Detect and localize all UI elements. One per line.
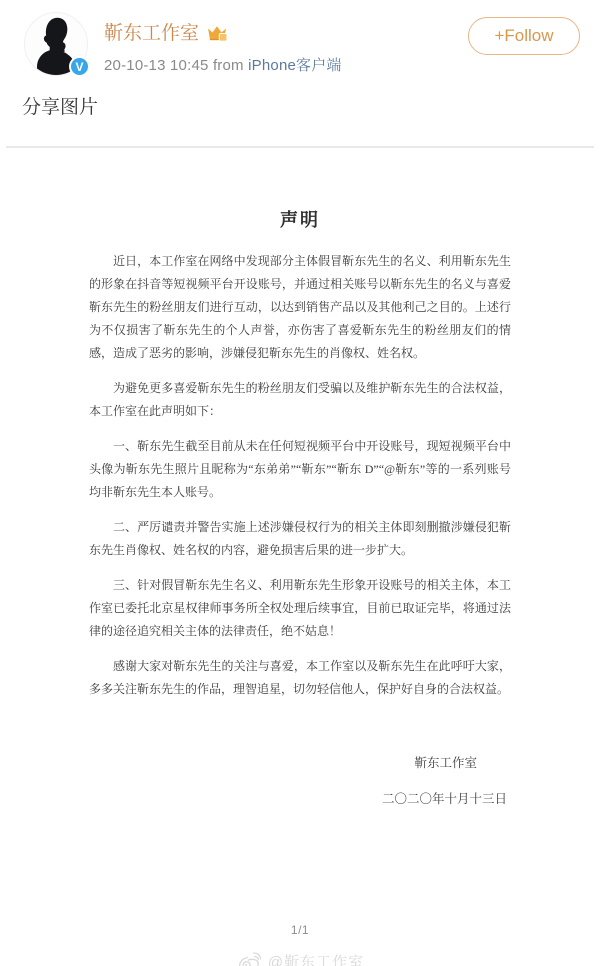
verified-badge-icon: V	[69, 56, 90, 77]
signature-date: 二〇二〇年十月十三日	[89, 789, 511, 807]
image-pager: 1/1	[0, 923, 600, 937]
author-block: 靳东工作室 20-10-13 10:45 from iPhone客户端	[104, 12, 342, 75]
statement-image[interactable]: 声明 近日，本工作室在网络中发现部分主体假冒靳东先生的名义、利用靳东先生的形象在…	[0, 148, 600, 807]
source-prefix: from	[213, 57, 244, 74]
statement-paragraph: 近日，本工作室在网络中发现部分主体假冒靳东先生的名义、利用靳东先生的形象在抖音等…	[89, 250, 511, 365]
weibo-logo-icon	[236, 950, 263, 966]
statement-paragraph: 为避免更多喜爱靳东先生的粉丝朋友们受骗以及维护靳东先生的合法权益，本工作室在此声…	[89, 377, 511, 423]
post-header: V 靳东工作室 20-10-13 10:45 from iPhone客户端 +F…	[0, 0, 600, 76]
source-link[interactable]: iPhone客户端	[248, 57, 342, 74]
post-body-text: 分享图片	[22, 92, 580, 119]
signature-name: 靳东工作室	[89, 753, 511, 771]
post-meta: 20-10-13 10:45 from iPhone客户端	[104, 54, 342, 75]
watermark-text: @靳东工作室	[268, 951, 364, 966]
avatar[interactable]: V	[24, 12, 88, 76]
statement-paragraph: 感谢大家对靳东先生的关注与喜爱，本工作室以及靳东先生在此呼吁大家，多多关注靳东先…	[89, 655, 511, 701]
signature-block: 靳东工作室 二〇二〇年十月十三日	[89, 753, 511, 807]
statement-paragraph: 二、严厉谴责并警告实施上述涉嫌侵权行为的相关主体即刻删撤涉嫌侵犯靳东先生肖像权、…	[89, 516, 511, 562]
statement-paragraph: 一、靳东先生截至目前从未在任何短视频平台中开设账号，现短视频平台中头像为靳东先生…	[89, 435, 511, 504]
timestamp: 20-10-13 10:45	[104, 57, 209, 74]
vip-crown-icon	[206, 24, 228, 42]
watermark: @靳东工作室	[0, 950, 600, 966]
follow-button[interactable]: +Follow	[468, 17, 580, 55]
statement-title: 声明	[89, 206, 511, 232]
statement-paragraph: 三、针对假冒靳东先生名义、利用靳东先生形象开设账号的相关主体，本工作室已委托北京…	[89, 574, 511, 643]
author-name[interactable]: 靳东工作室	[104, 18, 199, 45]
